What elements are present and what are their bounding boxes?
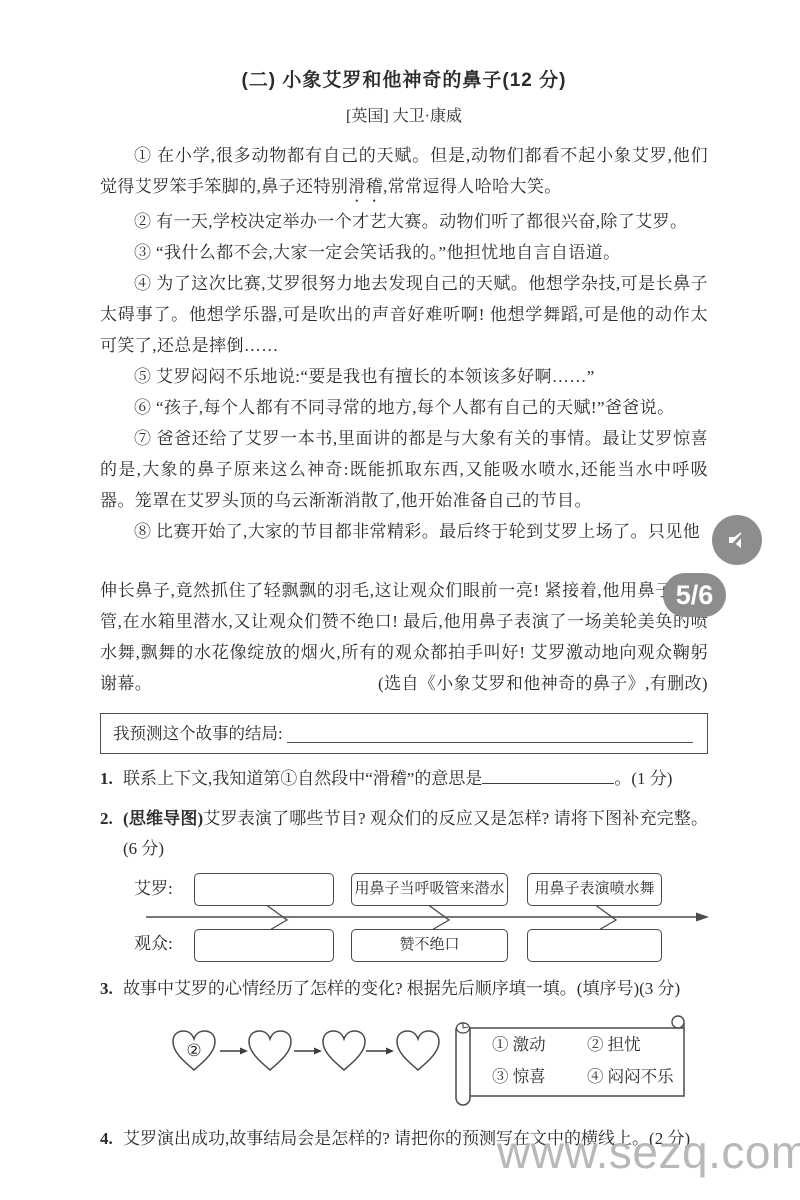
arrow-right-icon xyxy=(366,1045,394,1057)
heart-icon xyxy=(394,1028,442,1074)
question-2-number: 2. xyxy=(100,804,123,864)
question-1-text: 联系上下文,我知道第①自然段中“滑稽”的意思是。(1 分) xyxy=(123,764,708,794)
heart-shape-2 xyxy=(246,1028,294,1074)
mute-button[interactable] xyxy=(712,515,762,565)
heart-icon xyxy=(320,1028,368,1074)
flow-box-praise: 赞不绝口 xyxy=(351,929,508,962)
paragraph-6: ⑥ “孩子,每个人都有不同寻常的地方,每个人都有自己的天赋!”爸爸说。 xyxy=(100,392,708,423)
flow-box-water-dance: 用鼻子表演喷水舞 xyxy=(527,873,662,906)
question-2-text: (思维导图)艾罗表演了哪些节目? 观众们的反应又是怎样? 请将下图补充完整。(6… xyxy=(123,804,708,864)
passage-body: ① 在小学,很多动物都有自己的天赋。但是,动物们都看不起小象艾罗,他们觉得艾罗笨… xyxy=(100,140,708,699)
arrow-right-icon xyxy=(294,1045,322,1057)
question-3: 3. 故事中艾罗的心情经历了怎样的变化? 根据先后顺序填一填。(填序号)(3 分… xyxy=(100,974,708,1004)
heart-shape-3 xyxy=(320,1028,368,1074)
prediction-box: 我预测这个故事的结局: xyxy=(100,713,708,754)
paragraph-3: ③ “我什么都不会,大家一定会笑话我的。”他担忧地自言自语道。 xyxy=(100,237,708,268)
mood-options: ① 激动 ② 担忧 ③ 惊喜 ④ 闷闷不乐 xyxy=(492,1033,692,1088)
flow-box-snorkel: 用鼻子当呼吸管来潜水 xyxy=(351,873,508,906)
emphasized-word: 滑稽 xyxy=(348,177,383,196)
paragraph-2: ② 有一天,学校决定举办一个才艺大赛。动物们听了都很兴奋,除了艾罗。 xyxy=(100,206,708,237)
question-2-text-main: 艾罗表演了哪些节目? 观众们的反应又是怎样? 请将下图补充完整。(6 分) xyxy=(123,809,708,858)
prediction-label: 我预测这个故事的结局: xyxy=(113,718,283,749)
paragraph-8-continuation: 伸长鼻子,竟然抓住了轻飘飘的羽毛,这让观众们眼前一亮! 紧接着,他用鼻子当吸管,… xyxy=(100,575,708,699)
heart-shape-1: ② xyxy=(170,1028,218,1074)
paragraph-8: ⑧ 比赛开始了,大家的节目都非常精彩。最后终于轮到艾罗上场了。只见他 xyxy=(100,516,708,547)
question-3-text: 故事中艾罗的心情经历了怎样的变化? 根据先后顺序填一填。(填序号)(3 分) xyxy=(123,974,708,1004)
source-attribution: (选自《小象艾罗和他神奇的鼻子》,有删改) xyxy=(378,668,708,699)
question-2: 2. (思维导图)艾罗表演了哪些节目? 观众们的反应又是怎样? 请将下图补充完整… xyxy=(100,804,708,864)
paragraph-7: ⑦ 爸爸还给了艾罗一本书,里面讲的都是与大象有关的事情。最让艾罗惊喜的是,大象的… xyxy=(100,423,708,516)
worksheet-page: (二) 小象艾罗和他神奇的鼻子(12 分) [英国] 大卫·康威 ① 在小学,很… xyxy=(100,56,708,1154)
question-2-tag: (思维导图) xyxy=(123,809,203,828)
paragraph-4: ④ 为了这次比赛,艾罗很努力地去发现自己的天赋。他想学杂技,可是长鼻子太碍事了。… xyxy=(100,268,708,361)
flow-diagram: 艾罗: 观众: 用鼻子当呼吸管来潜水 用鼻子表演喷水舞 赞不绝口 xyxy=(134,872,709,964)
flow-box-empty-3 xyxy=(527,929,662,962)
question-1-blank-line xyxy=(482,768,614,784)
question-1: 1. 联系上下文,我知道第①自然段中“滑稽”的意思是。(1 分) xyxy=(100,764,708,794)
prediction-blank-line xyxy=(287,741,693,743)
question-3-number: 3. xyxy=(100,974,123,1004)
flow-row2-label: 观众: xyxy=(134,934,192,954)
paragraph-1-end: ,常常逗得人哈哈大笑。 xyxy=(383,177,562,196)
question-1-text-start: 联系上下文,我知道第①自然段中“滑稽”的意思是 xyxy=(123,769,482,788)
heart-1-answer: ② xyxy=(170,1041,218,1061)
mood-sequence-diagram: ② xyxy=(100,1012,708,1114)
heart-icon xyxy=(246,1028,294,1074)
paragraph-1: ① 在小学,很多动物都有自己的天赋。但是,动物们都看不起小象艾罗,他们觉得艾罗笨… xyxy=(100,140,708,206)
heart-shape-4 xyxy=(394,1028,442,1074)
mood-option-3: ③ 惊喜 xyxy=(492,1065,587,1088)
passage-author: [英国] 大卫·康威 xyxy=(100,107,708,127)
mood-option-2: ② 担忧 xyxy=(587,1033,692,1056)
muted-speaker-icon xyxy=(724,527,750,553)
question-1-number: 1. xyxy=(100,764,123,794)
mood-option-1: ① 激动 xyxy=(492,1033,587,1056)
watermark: www.sezq.com xyxy=(497,1129,800,1175)
mood-option-4: ④ 闷闷不乐 xyxy=(587,1065,692,1088)
passage-title: (二) 小象艾罗和他神奇的鼻子(12 分) xyxy=(100,70,708,92)
page-indicator-badge: 5/6 xyxy=(663,573,726,617)
flow-box-empty-1 xyxy=(194,873,334,906)
question-1-text-end: 。(1 分) xyxy=(614,769,672,788)
question-4-number: 4. xyxy=(100,1124,123,1154)
paragraph-5: ⑤ 艾罗闷闷不乐地说:“要是我也有擅长的本领该多好啊……” xyxy=(100,361,708,392)
options-scroll: ① 激动 ② 担忧 ③ 惊喜 ④ 闷闷不乐 xyxy=(452,1014,702,1112)
arrow-right-icon xyxy=(220,1045,248,1057)
flow-box-empty-2 xyxy=(194,929,334,962)
flow-row1-label: 艾罗: xyxy=(134,879,192,899)
